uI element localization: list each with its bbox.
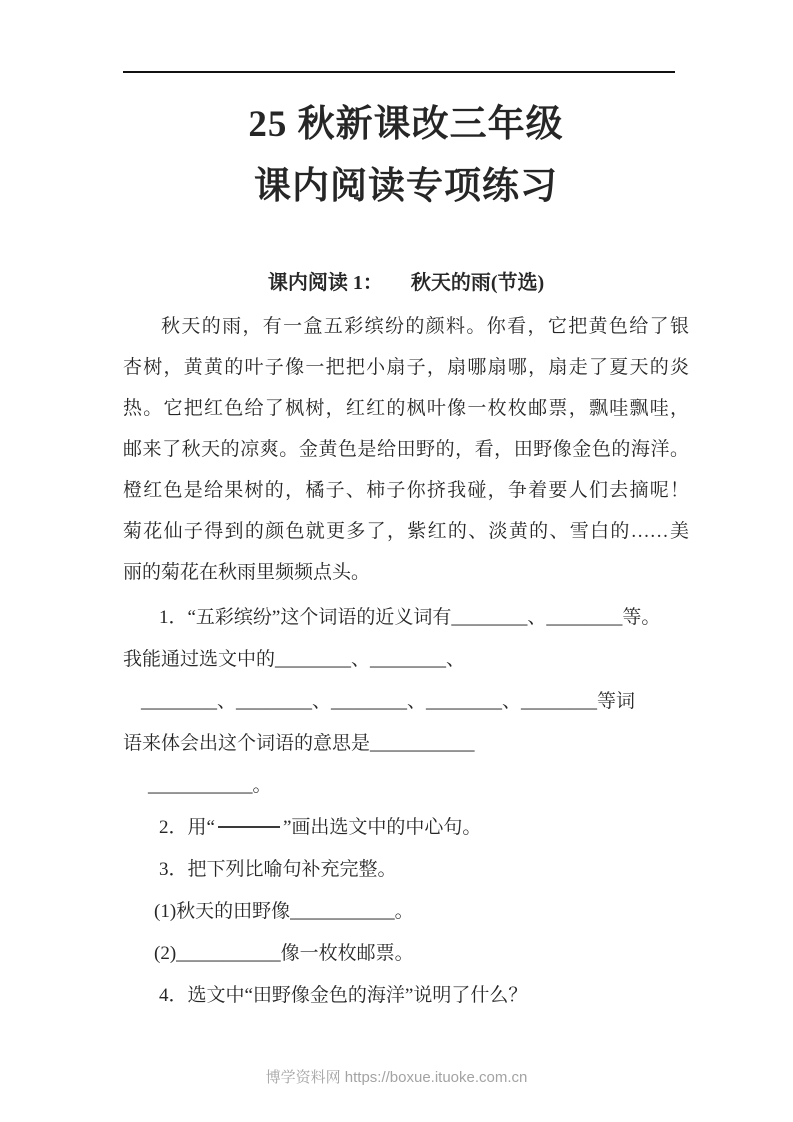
- section-heading: 课内阅读 1：秋天的雨(节选): [123, 268, 689, 298]
- passage-line: 邮来了秋天的凉爽。金黄色是给田野的，看，田野像金色的海洋。: [123, 429, 689, 470]
- question-3-item-2: (2)___________像一枚枚邮票。: [123, 933, 689, 975]
- document-title: 25 秋新课改三年级 课内阅读专项练习: [123, 94, 689, 218]
- question-2: 2．用“”画出选文中的中心句。: [123, 807, 689, 849]
- passage-line: 丽的菊花在秋雨里频频点头。: [123, 552, 689, 593]
- section-heading-title: 秋天的雨(节选): [411, 272, 544, 294]
- question-4: 4．选文中“田野像金色的海洋”说明了什么？: [123, 975, 689, 1017]
- reading-passage: 秋天的雨，有一盒五彩缤纷的颜料。你看，它把黄色给了银 杏树，黄黄的叶子像一把把小…: [123, 306, 689, 593]
- question-3-item-1: (1)秋天的田野像___________。: [123, 891, 689, 933]
- passage-line: 杏树，黄黄的叶子像一把把小扇子，扇哪扇哪，扇走了夏天的炎: [123, 347, 689, 388]
- passage-line: 菊花仙子得到的颜色就更多了，紫红的、淡黄的、雪白的……美: [123, 511, 689, 552]
- question-1-line-4: 语来体会出这个词语的意思是___________: [123, 723, 689, 765]
- document-title-line-2: 课内阅读专项练习: [123, 156, 689, 218]
- passage-line: 热。它把红色给了枫树，红红的枫叶像一枚枚邮票，飘哇飘哇，: [123, 388, 689, 429]
- question-list: 1．“五彩缤纷”这个词语的近义词有________、________等。 我能通…: [123, 597, 689, 1017]
- question-2-text-before: 2．用“: [159, 817, 215, 838]
- question-3: 3．把下列比喻句补充完整。: [123, 849, 689, 891]
- question-1-line-2: 我能通过选文中的________、________、: [123, 639, 689, 681]
- header-divider-rule: [123, 71, 675, 73]
- page-content: 25 秋新课改三年级 课内阅读专项练习 课内阅读 1：秋天的雨(节选) 秋天的雨…: [123, 71, 689, 1017]
- question-2-text-after: ”画出选文中的中心句。: [283, 817, 481, 838]
- underline-mark: [218, 826, 280, 828]
- passage-line: 秋天的雨，有一盒五彩缤纷的颜料。你看，它把黄色给了银: [123, 306, 689, 347]
- footer-watermark: 博学资料网 https://boxue.ituoke.com.cn: [0, 1068, 793, 1088]
- document-title-line-1: 25 秋新课改三年级: [123, 94, 689, 156]
- worksheet-page: 25 秋新课改三年级 课内阅读专项练习 课内阅读 1：秋天的雨(节选) 秋天的雨…: [0, 0, 793, 1122]
- question-1-line-1: 1．“五彩缤纷”这个词语的近义词有________、________等。: [123, 597, 689, 639]
- question-1-line-5: ___________。: [123, 765, 689, 807]
- passage-line: 橙红色是给果树的，橘子、柿子你挤我碰，争着要人们去摘呢！: [123, 470, 689, 511]
- section-heading-label: 课内阅读 1：: [268, 272, 383, 294]
- question-1-line-3: ________、________、________、________、____…: [123, 681, 689, 723]
